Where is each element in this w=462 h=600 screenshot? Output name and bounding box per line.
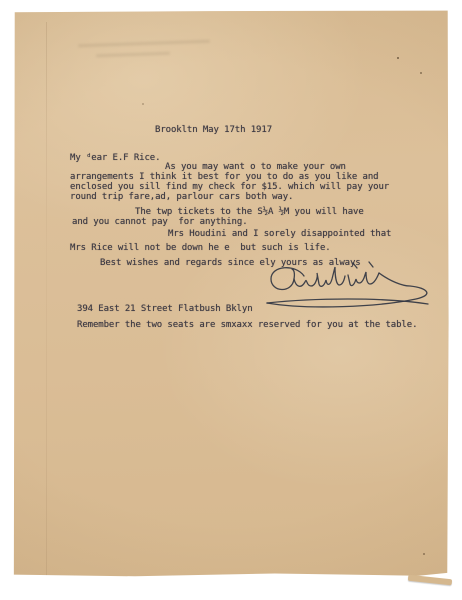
- letter-scan: Brookltn May 17th 1917 My ᵈear E.F Rice.…: [0, 0, 462, 600]
- postscript-line: Remember the two seats are smxaxx reserv…: [77, 320, 417, 330]
- paper-specks: [397, 57, 399, 59]
- body-line: Mrs Houdini and I sorely disappointed th…: [168, 229, 391, 239]
- salutation: My ᵈear E.F Rice.: [70, 153, 160, 163]
- body-line: Mrs Rice will not be down he e but such …: [70, 243, 331, 253]
- body-line: arrangements I think it best for you to …: [70, 172, 378, 182]
- body-line: The twp tickets to the S½A ½M you will h…: [135, 207, 364, 217]
- houdini-signature: [258, 261, 430, 313]
- date-line: Brookltn May 17th 1917: [155, 125, 272, 135]
- address-line: 394 East 21 Street Flatbush Bklyn: [77, 304, 253, 314]
- body-line: round trip fare,ad, parlour cars both wa…: [70, 192, 293, 202]
- paper-crease: [46, 22, 47, 586]
- body-line: and you cannot pay for anything.: [72, 217, 248, 227]
- torn-paper-sliver: [408, 575, 452, 586]
- body-line: As you may want o to make your own: [165, 162, 346, 172]
- body-line: enclosed you sill find my check for $15.…: [70, 182, 389, 192]
